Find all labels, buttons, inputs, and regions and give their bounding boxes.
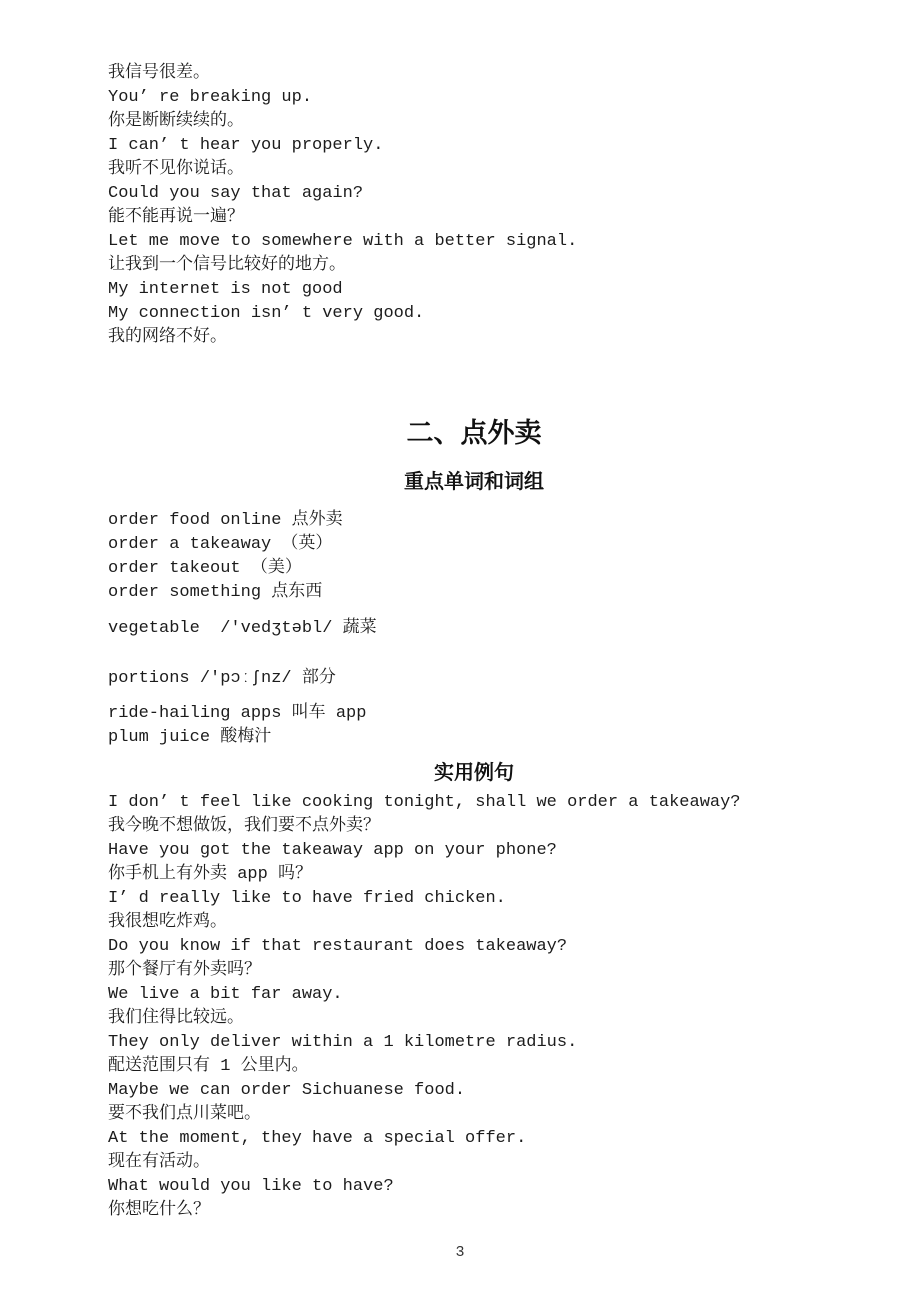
- section-title-order-takeaway: 二、点外卖: [108, 414, 840, 452]
- example-line: 你想吃什么？: [108, 1199, 840, 1223]
- phrase-line: 你是断断续续的。: [108, 110, 840, 134]
- phrase-line: Let me move to somewhere with a better s…: [108, 230, 840, 254]
- example-line: What would you like to have?: [108, 1175, 840, 1199]
- example-line: 我今晚不想做饭，我们要不点外卖？: [108, 815, 840, 839]
- phrase-line: 能不能再说一遍？: [108, 206, 840, 230]
- vocab-line: vegetable /'vedʒtəbl/ 蔬菜: [108, 617, 840, 641]
- example-line: They only deliver within a 1 kilometre r…: [108, 1031, 840, 1055]
- example-line: We live a bit far away.: [108, 983, 840, 1007]
- phrase-line: I can’ t hear you properly.: [108, 134, 840, 158]
- phrase-line: 我听不见你说话。: [108, 158, 840, 182]
- phrase-line: My connection isn’ t very good.: [108, 302, 840, 326]
- example-line: 现在有活动。: [108, 1151, 840, 1175]
- example-line: At the moment, they have a special offer…: [108, 1127, 840, 1151]
- document-page: 我信号很差。You’ re breaking up.你是断断续续的。I can’…: [0, 0, 920, 1302]
- phrase-line: Could you say that again?: [108, 182, 840, 206]
- vocab-line: order something 点东西: [108, 581, 840, 605]
- phrase-line: You’ re breaking up.: [108, 86, 840, 110]
- phone-signal-phrases-block: 我信号很差。You’ re breaking up.你是断断续续的。I can’…: [108, 62, 840, 350]
- vocab-group-order: order food online 点外卖order a takeaway （英…: [108, 509, 840, 605]
- example-line: 要不我们点川菜吧。: [108, 1103, 840, 1127]
- vocab-line: plum juice 酸梅汁: [108, 726, 840, 750]
- example-line: 你手机上有外卖 app 吗？: [108, 863, 840, 887]
- example-sentences-block: I don’ t feel like cooking tonight, shal…: [108, 791, 840, 1223]
- phrase-line: My internet is not good: [108, 278, 840, 302]
- vocab-line: ride-hailing apps 叫车 app: [108, 702, 840, 726]
- example-line: Do you know if that restaurant does take…: [108, 935, 840, 959]
- example-line: 配送范围只有 1 公里内。: [108, 1055, 840, 1079]
- document-content: 我信号很差。You’ re breaking up.你是断断续续的。I can’…: [0, 0, 920, 1223]
- vocab-group-apps-juice: ride-hailing apps 叫车 appplum juice 酸梅汁: [108, 702, 840, 750]
- example-line: Maybe we can order Sichuanese food.: [108, 1079, 840, 1103]
- example-line: 我们住得比较远。: [108, 1007, 840, 1031]
- phrase-line: 我信号很差。: [108, 62, 840, 86]
- vocab-line: order food online 点外卖: [108, 509, 840, 533]
- example-line: Have you got the takeaway app on your ph…: [108, 839, 840, 863]
- example-line: 那个餐厅有外卖吗？: [108, 959, 840, 983]
- vocab-line: portions /'pɔːʃnz/ 部分: [108, 667, 840, 691]
- vocab-line: order takeout （美）: [108, 557, 840, 581]
- examples-heading: 实用例句: [108, 759, 840, 787]
- vocab-line: order a takeaway （英）: [108, 533, 840, 557]
- vocab-group-vegetable: vegetable /'vedʒtəbl/ 蔬菜: [108, 617, 840, 641]
- example-line: I’ d really like to have fried chicken.: [108, 887, 840, 911]
- phrase-line: 让我到一个信号比较好的地方。: [108, 254, 840, 278]
- page-number: 3: [0, 1243, 920, 1263]
- example-line: 我很想吃炸鸡。: [108, 911, 840, 935]
- phrase-line: 我的网络不好。: [108, 326, 840, 350]
- vocab-heading: 重点单词和词组: [108, 468, 840, 496]
- vocab-group-portions: portions /'pɔːʃnz/ 部分: [108, 667, 840, 691]
- example-line: I don’ t feel like cooking tonight, shal…: [108, 791, 840, 815]
